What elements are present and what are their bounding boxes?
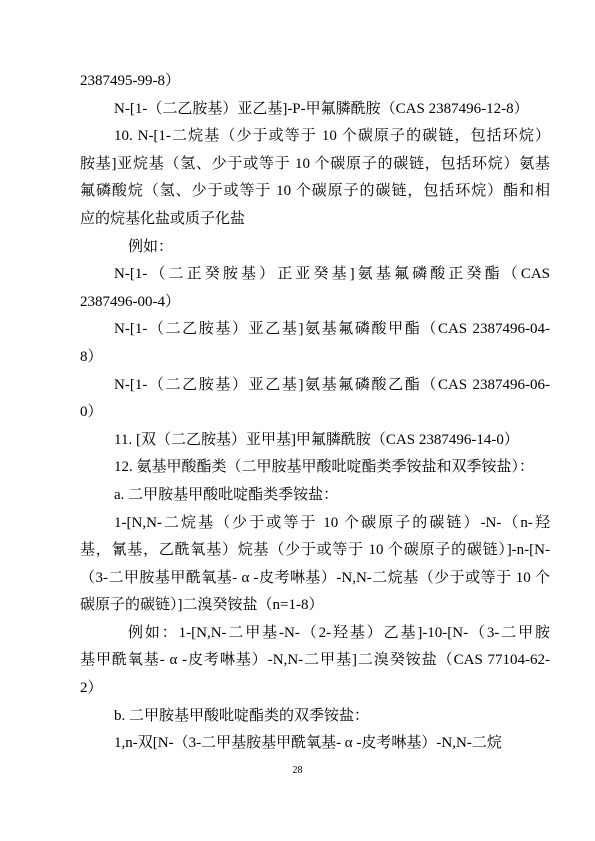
text-line: 2） bbox=[80, 675, 550, 703]
text-line: 碳原子的碳链）]二溴癸铵盐（n=1-8） bbox=[80, 592, 550, 620]
document-page: 2387495-99-8）N-[1-（二乙胺基）亚乙基]-P-甲氟膦酰胺（CAS… bbox=[0, 0, 595, 841]
page-content: 2387495-99-8）N-[1-（二乙胺基）亚乙基]-P-甲氟膦酰胺（CAS… bbox=[80, 68, 550, 758]
text-line: 11. [双（二乙胺基）亚甲基]甲氟膦酰胺（CAS 2387496-14-0） bbox=[80, 427, 550, 455]
page-number: 28 bbox=[0, 764, 595, 778]
text-line: 12. 氨基甲酸酯类（二甲胺基甲酸吡啶酯类季铵盐和双季铵盐）： bbox=[80, 454, 550, 482]
text-line: N-[1-（二乙胺基）亚乙基]氨基氟磷酸甲酯（CAS 2387496-04- bbox=[80, 316, 550, 344]
text-line: 2387496-00-4） bbox=[80, 289, 550, 317]
text-line: 胺基]亚烷基（氢、少于或等于 10 个碳原子的碳链，包括环烷）氨基 bbox=[80, 151, 550, 179]
text-line: 应的烷基化盐或质子化盐 bbox=[80, 206, 550, 234]
text-line: 氟磷酸烷（氢、少于或等于 10 个碳原子的碳链，包括环烷）酯和相 bbox=[80, 178, 550, 206]
text-line: N-[1-（二乙胺基）亚乙基]-P-甲氟膦酰胺（CAS 2387496-12-8… bbox=[80, 96, 550, 124]
text-line: b. 二甲胺基甲酸吡啶酯类的双季铵盐： bbox=[80, 703, 550, 731]
text-line: 1-[N,N-二烷基（少于或等于 10 个碳原子的碳链）-N-（n-羟 bbox=[80, 510, 550, 538]
text-line: 0） bbox=[80, 399, 550, 427]
text-line: N-[1-（二正癸胺基）正亚癸基]氨基氟磷酸正癸酯（CAS bbox=[80, 261, 550, 289]
text-line: 8） bbox=[80, 344, 550, 372]
text-line: a. 二甲胺基甲酸吡啶酯类季铵盐： bbox=[80, 482, 550, 510]
text-line: 例如： bbox=[80, 234, 550, 262]
text-line: 基甲酰氧基- α -皮考啉基）-N,N-二甲基]二溴癸铵盐（CAS 77104-… bbox=[80, 647, 550, 675]
text-line: 基，氰基，乙酰氧基）烷基（少于或等于 10 个碳原子的碳链）]-n-[N- bbox=[80, 537, 550, 565]
text-line: 例如：1-[N,N-二甲基-N-（2-羟基）乙基]-10-[N-（3-二甲胺 bbox=[80, 620, 550, 648]
text-line: 10. N-[1-二烷基（少于或等于 10 个碳原子的碳链，包括环烷） bbox=[80, 123, 550, 151]
text-line: N-[1-（二乙胺基）亚乙基]氨基氟磷酸乙酯（CAS 2387496-06- bbox=[80, 372, 550, 400]
text-line: 1,n-双[N-（3-二甲基胺基甲酰氧基- α -皮考啉基）-N,N-二烷 bbox=[80, 730, 550, 758]
text-line: 2387495-99-8） bbox=[80, 68, 550, 96]
text-line: （3-二甲胺基甲酰氧基- α -皮考啉基）-N,N-二烷基（少于或等于 10 个 bbox=[80, 565, 550, 593]
